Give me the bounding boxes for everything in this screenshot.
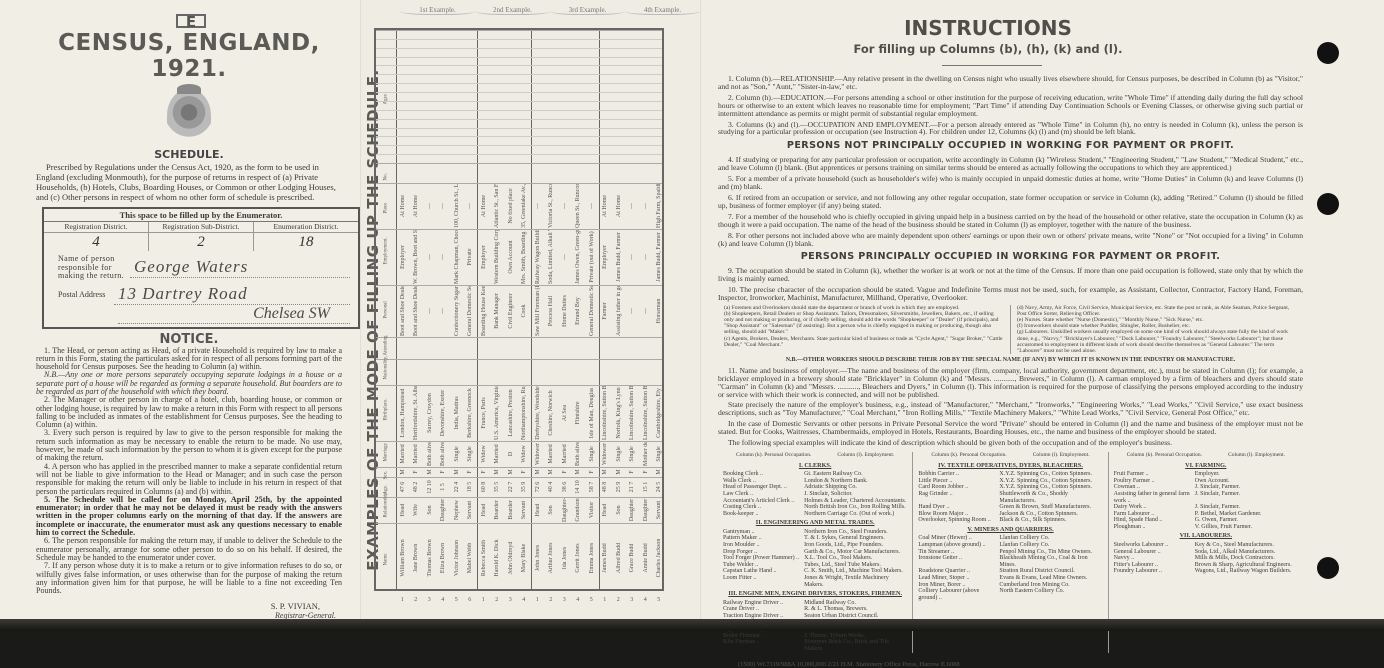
example-cell-marriage: Widow <box>481 442 487 466</box>
example-cell-rel: Son <box>548 498 554 522</box>
row-number: 3 <box>630 597 633 603</box>
section-heading-not-occupied: PERSONS NOT PRINCIPALLY OCCUPIED IN WORK… <box>718 140 1303 151</box>
example-cell-birthplace: Isle of Man, Douglas <box>589 386 595 440</box>
example-cell-place: — <box>629 184 635 228</box>
subnote: (b) Shopkeepers, Retail Dealers or Shop … <box>724 311 1004 335</box>
example-cell-name: Mabel Webb <box>467 524 473 592</box>
column-header: Employment. <box>384 249 389 265</box>
examples-row: Colliery Labourer (above ground) ..North… <box>918 588 1102 601</box>
example-cell-marriage: Both alive <box>440 442 446 466</box>
occupation-cell: Costing Clerk .. <box>723 504 804 511</box>
instructions-body: 1. Column (b).—RELATIONSHIP.—Any relativ… <box>718 75 1384 447</box>
employment-cell: R. & L. Thomas, Brewers. <box>804 606 907 613</box>
example-cell-name: Charles Jackson <box>656 524 662 592</box>
example-cell-birthplace: Derbyshire, Woodside <box>535 386 541 440</box>
census-title: CENSUS, ENGLAND, 1921. <box>36 30 342 82</box>
occupation-cell: Cowman .. <box>1114 484 1195 491</box>
notice-paragraph: 3. Every such person is required by law … <box>36 429 342 462</box>
example-cell-age: 47 6 <box>400 478 406 496</box>
example-cell-marriage: Single <box>629 442 635 466</box>
example-cell-occupation: General Domestic Servant <box>589 286 595 336</box>
example-cell-employment: — <box>427 230 433 284</box>
examples-row: Tin Streamer ..Penpol Mining Co., Tin Mi… <box>918 549 1102 556</box>
age-grid-line <box>376 119 662 120</box>
postal-address-line1: 13 Dartrey Road <box>114 284 350 305</box>
examples-row: Assisting father in general farm work ..… <box>1114 491 1298 504</box>
column-header: Relationship <box>384 502 389 518</box>
example-heading: 3rd Example. <box>550 6 625 15</box>
enumeration-district-value: 18 <box>254 233 358 251</box>
age-grid-line <box>376 110 662 111</box>
example-cell-occupation: General Domestic Servant <box>467 286 473 336</box>
example-cell-place: — <box>643 184 649 228</box>
example-cell-sex: F <box>562 468 568 476</box>
examples-section-title: V. MINERS AND QUARRIERS. <box>918 527 1102 534</box>
example-cell-place: — <box>427 184 433 228</box>
example-cell-place: At Home <box>616 184 622 228</box>
examples-row: Head of Passenger Dept. ..Adriatic Shipp… <box>723 484 907 491</box>
occupation-cell: Tool Forger (Power Hammer) .. <box>723 555 804 562</box>
occupation-cell: Roadstone Quarrier .. <box>918 568 999 575</box>
employment-cell: North British Iron Co., Iron Rolling Mil… <box>804 504 907 511</box>
row-number: 5 <box>590 597 593 603</box>
examples-row: Hand Dyer ..Green & Brown, Stuff Manufac… <box>918 504 1102 511</box>
occupation-cell: Crane Driver .. <box>723 606 804 613</box>
example-separator <box>531 30 532 589</box>
occupation-cell: Steelworks Labourer .. <box>1114 542 1195 549</box>
occupation-cell: Hind, Spade Hand .. <box>1114 517 1195 524</box>
schedule-cover-page: E CENSUS, ENGLAND, 1921. SCHEDULE. Presc… <box>0 0 360 620</box>
examples-row: Farm Labourer ..P. Bethel, Market Garden… <box>1114 511 1298 518</box>
example-cell-employment: Railway Wagon Building <box>535 230 541 284</box>
example-cell-age: 60 8 <box>481 478 487 496</box>
row-number: 6 <box>468 597 471 603</box>
example-cell-name: John Oldroyd <box>508 524 514 592</box>
example-cell-name: Alfred Budd <box>616 524 622 592</box>
notice-paragraph: 5. The Schedule will be called for on Mo… <box>36 496 342 537</box>
example-cell-marriage: Married <box>494 442 500 466</box>
row-number: 2 <box>414 597 417 603</box>
example-cell-occupation: — <box>427 286 433 336</box>
example-cell-birthplace: At Sea <box>562 386 568 440</box>
example-cell-employment: James Budd, Farmer <box>656 230 662 284</box>
example-headings: 1st Example. 2nd Example. 3rd Example. 4… <box>400 6 700 15</box>
employment-cell: Cumberland Iron Mining Co. <box>999 582 1102 589</box>
example-cell-place: — <box>440 184 446 228</box>
example-cell-age: 25 9 <box>616 478 622 496</box>
registration-district-value: 4 <box>44 233 149 251</box>
example-cell-name: Gerrit Jones <box>575 524 581 592</box>
example-cell-occupation: Home Duties <box>562 286 568 336</box>
occupation-cell: Capstan Lathe Hand .. <box>723 568 804 575</box>
example-cell-marriage: Both alive <box>427 442 433 466</box>
example-cell-age: 18 5 <box>467 478 473 496</box>
occupation-cell: Fitter's Labourer .. <box>1114 562 1195 569</box>
example-cell-occupation: Horseman <box>656 286 662 336</box>
examples-table-page: EXAMPLES OF THE MODE OF FILLING UP THE S… <box>362 0 700 620</box>
example-cell-birthplace: Norfolk, King's Lynn <box>616 386 622 440</box>
examples-row: Accountant's Articled Clerk ..Holmes & L… <box>723 498 907 505</box>
examples-row: Fruit Farmer ..Employer. <box>1114 471 1298 478</box>
examples-row: Dairy Work ..J. Sinclair, Farmer. <box>1114 504 1298 511</box>
example-cell-sex: F <box>440 468 446 476</box>
example-cell-name: Harold K. Dick <box>494 524 500 592</box>
row-number: 1 <box>482 597 485 603</box>
example-cell-employment: Soda, Limited, Alkali Works <box>548 230 554 284</box>
notice-paragraph: 1. The Head, or person acting as Head, o… <box>36 347 342 372</box>
occupation-cell: Booking Clerk .. <box>723 471 804 478</box>
age-grid-line <box>376 65 662 66</box>
example-separator <box>396 30 397 589</box>
examples-row: Ploughman ..V. Gillies, Fruit Farmer. <box>1114 524 1298 531</box>
column-header: Attending <box>384 340 389 356</box>
instruction-paragraph: 5. For a member of a private household (… <box>718 175 1303 191</box>
example-cell-birthplace: India, Madras <box>454 386 460 440</box>
example-cell-sex: M <box>427 468 433 476</box>
census-schedule-document: E CENSUS, ENGLAND, 1921. SCHEDULE. Presc… <box>0 0 1384 631</box>
employment-cell: Soda, Ltd., Alkali Manufacturers. <box>1195 549 1298 556</box>
notice-title: NOTICE. <box>36 332 342 347</box>
examples-row: Ironstone Getter ..Blackheath Mining Co.… <box>918 555 1102 568</box>
registration-sub-district-label: Registration Sub-District. <box>149 222 254 232</box>
occupation-cell: Ironstone Getter .. <box>918 555 999 568</box>
example-cell-employment: — <box>629 230 635 284</box>
examples-row: Poultry Farmer ..Own Account. <box>1114 478 1298 485</box>
employment-cell: Iron Goods, Ltd., Pipe Founders. <box>804 542 907 549</box>
occupation-cell: Colliery Labourer (above ground) .. <box>918 588 999 601</box>
example-cell-occupation: Confectionery Sugar Boiler <box>454 286 460 336</box>
example-cell-rel: Head <box>481 498 487 522</box>
instruction-paragraph: 9. The occupation should be stated in Co… <box>718 267 1303 283</box>
schedule-title: SCHEDULE. <box>36 148 342 161</box>
age-grid-line <box>376 136 662 137</box>
example-cell-rel: Nephew <box>454 498 460 522</box>
example-cell-name: Ida Jones <box>562 524 568 592</box>
responsible-person-value: George Waters <box>130 257 350 278</box>
example-cell-age: 48 8 <box>602 478 608 496</box>
employment-cell: X.Y.Z. Spinning Co., Cotton Spinners. <box>999 478 1102 485</box>
punch-hole <box>1317 557 1339 579</box>
employment-cell: J. Sinclair, Farmer. <box>1195 484 1298 491</box>
example-cell-place: At Home <box>602 184 608 228</box>
examples-row: Book-keeper ..Northern Carriage Co. (Out… <box>723 511 907 518</box>
examples-row: Iron Moulder ..Iron Goods, Ltd., Pipe Fo… <box>723 542 907 549</box>
employment-cell: Northern Iron Co., Steel Founders. <box>804 529 907 536</box>
employment-cell: C. K. Smith, Ltd., Machine Tool Makers. <box>804 568 907 575</box>
column-header: Personal <box>384 303 389 319</box>
example-cell-sex: M <box>548 468 554 476</box>
form-letter: E <box>176 14 206 28</box>
age-grid-line <box>376 48 662 49</box>
example-cell-employment: — <box>643 230 649 284</box>
example-cell-age: 21 7 <box>629 478 635 496</box>
instruction-paragraph: 8. For other persons not included above … <box>718 232 1303 248</box>
example-cell-employment: Western Building Corporation <box>494 230 500 284</box>
punch-hole <box>1317 193 1339 215</box>
examples-column-header: Column (k). Personal Occupation.Column (… <box>1114 452 1298 459</box>
examples-column: Column (k). Personal Occupation.Column (… <box>912 452 1107 631</box>
example-cell-occupation: Errand Boy <box>575 286 581 336</box>
occupation-cell: Railway Engine Driver .. <box>723 600 804 607</box>
row-number: 2 <box>549 597 552 603</box>
example-separator <box>477 30 478 589</box>
row-number: 2 <box>617 597 620 603</box>
column-divider <box>376 163 662 164</box>
example-cell-employment: Private (out of Work) <box>589 230 595 284</box>
employment-cell: Key & Co., Steel Manufacturers. <box>1195 542 1298 549</box>
column-divider <box>376 359 662 360</box>
occupation-cell: Accountant's Articled Clerk .. <box>723 498 804 505</box>
examples-section-title: III. ENGINE MEN, ENGINE DRIVERS, STOKERS… <box>723 591 907 598</box>
example-cell-marriage: D <box>508 442 514 466</box>
punch-hole <box>1317 42 1339 64</box>
age-grid-line <box>376 83 662 84</box>
example-cell-sex: M <box>400 468 406 476</box>
examples-row: Blow Room Major ..Jackson & Co., Cotton … <box>918 511 1102 518</box>
example-cell-birthplace: Lancashire, Preston <box>508 386 514 440</box>
example-cell-sex: F <box>413 468 419 476</box>
example-cell-sex: F <box>629 468 635 476</box>
example-cell-employment: W. Brown, Boot and Shoe Dealer <box>413 230 419 284</box>
occupation-cell: Rag Grinder .. <box>918 491 999 504</box>
example-cell-marriage: Both alive <box>575 442 581 466</box>
occupation-cell: Card Room Jobber .. <box>918 484 999 491</box>
example-cell-rel: Head <box>535 498 541 522</box>
employment-cell: Holmes & Leader, Chartered Accountants. <box>804 498 907 505</box>
example-cell-marriage: Married <box>548 442 554 466</box>
row-number: 2 <box>495 597 498 603</box>
examples-row: Railway Engine Driver ..Midland Railway … <box>723 600 907 607</box>
example-cell-rel: Daughter <box>629 498 635 522</box>
example-cell-birthplace: Flintshire <box>575 386 581 440</box>
example-cell-occupation: Saw Mill Foreman (Retired) <box>535 286 541 336</box>
occupation-examples-table: Column (k). Personal Occupation.Column (… <box>718 452 1303 631</box>
examples-row: Lead Miner, Stoper ..Evans & Evans, Lead… <box>918 575 1102 582</box>
example-cell-age: 12 10 <box>427 478 433 496</box>
column-header: Place <box>384 198 389 214</box>
enumerator-box-heading: This space to be filled up by the Enumer… <box>44 209 358 222</box>
example-cell-marriage: Single <box>454 442 460 466</box>
examples-section-title: VI. FARMING. <box>1114 463 1298 470</box>
example-cell-birthplace: France, Paris <box>481 386 487 440</box>
example-cell-name: Jane Brown <box>413 524 419 592</box>
employment-cell: X.Y.Z. Spinning Co., Cotton Spinners. <box>999 484 1102 491</box>
examples-row: Card Room Jobber ..X.Y.Z. Spinning Co., … <box>918 484 1102 491</box>
examples-row: Crane Driver ..R. & L. Thomas, Brewers. <box>723 606 907 613</box>
example-cell-rel: Servant <box>521 498 527 522</box>
example-cell-place: At Home <box>481 184 487 228</box>
examples-row: Capstan Lathe Hand ..C. K. Smith, Ltd., … <box>723 568 907 575</box>
row-number: 1 <box>536 597 539 603</box>
example-cell-sex: F <box>643 468 649 476</box>
occupation-cell: Iron Moulder .. <box>723 542 804 549</box>
example-cell-name: Grace Budd <box>629 524 635 592</box>
subnote: (c) Agents, Brokers, Dealers, Merchants.… <box>724 336 1004 348</box>
example-cell-place: 100, Church St., London, W.2 <box>454 184 460 228</box>
example-cell-rel: Wife <box>413 498 419 522</box>
employment-cell: V. Gillies, Fruit Farmer. <box>1195 524 1298 531</box>
example-cell-place: — <box>467 184 473 228</box>
example-cell-rel: Daughter <box>643 498 649 522</box>
age-grid-line <box>376 92 662 93</box>
royal-coat-of-arms-icon <box>167 90 211 146</box>
postal-address-line2: Chelsea SW <box>118 305 350 324</box>
employment-cell: Northern Carriage Co. (Out of work.) <box>804 511 907 518</box>
column-header: No. <box>384 165 389 181</box>
age-grid-line <box>376 154 662 155</box>
example-cell-rel: Daughter <box>440 498 446 522</box>
example-cell-rel: Servant <box>467 498 473 522</box>
registration-district-label: Registration District. <box>44 222 149 232</box>
example-cell-place: High Farm, Spalding <box>656 184 662 228</box>
examples-row: Bobbin Carrier ..X.Y.Z. Spinning Co., Co… <box>918 471 1102 478</box>
age-grid-line <box>376 57 662 58</box>
age-grid-line <box>376 39 662 40</box>
age-grid-line <box>376 74 662 75</box>
example-cell-marriage: Widow <box>521 442 527 466</box>
examples-row: Fitter's Labourer ..Brown & Sharp, Agric… <box>1114 562 1298 569</box>
examples-section-title: II. ENGINEERING AND METAL TRADES. <box>723 520 907 527</box>
example-cell-birthplace: Cheshire, Norwich <box>548 386 554 440</box>
employment-cell: Employer. <box>1195 471 1298 478</box>
example-cell-employment: Own Account <box>508 230 514 284</box>
employment-cell: Stratton Rural District Council. <box>999 568 1102 575</box>
instruction-paragraph: In the case of Domestic Servants or othe… <box>718 420 1303 436</box>
occupation-cell: General Labourer .. <box>1114 549 1195 556</box>
example-cell-employment: Employer <box>400 230 406 284</box>
example-cell-age: 38 6 <box>562 478 568 496</box>
example-cell-birthplace: Cambridgeshire, Ely <box>656 386 662 440</box>
example-cell-place: At Home <box>413 184 419 228</box>
examples-row: Tool Forger (Power Hammer) ..X.L. Tool C… <box>723 555 907 562</box>
example-cell-name: William Brown <box>400 524 406 592</box>
employment-cell: X.Y.Z. Spinning Co., Cotton Spinners. <box>999 471 1102 478</box>
employment-cell: Jackson & Co., Cotton Spinners. <box>999 511 1102 518</box>
example-cell-age: 58 7 <box>589 478 595 496</box>
example-cell-age: 22 4 <box>454 478 460 496</box>
example-cell-age: 22 7 <box>508 478 514 496</box>
example-cell-rel: Visitor <box>589 498 595 522</box>
employment-cell: Own Account. <box>1195 478 1298 485</box>
example-cell-name: Mary Blake <box>521 524 527 592</box>
occupation-cell: Foundry Labourer .. <box>1114 568 1195 575</box>
example-cell-place: — <box>589 184 595 228</box>
instruction-paragraph: 6. If retired from an occupation or serv… <box>718 194 1303 210</box>
example-cell-name: Rebecca Smith <box>481 524 487 592</box>
notice-section: 1. The Head, or person acting as Head, o… <box>36 347 342 596</box>
example-cell-birthplace: U.S. America, Virginia <box>494 386 500 440</box>
occupation-cell: Bobbin Carrier .. <box>918 471 999 478</box>
occupation-cell: Overlooker, Spinning Room .. <box>918 517 999 524</box>
occupation-cell: Poultry Farmer .. <box>1114 478 1195 485</box>
example-heading: 2nd Example. <box>475 6 550 15</box>
example-cell-employment: Employer <box>602 230 608 284</box>
subnote: (g) Labourers. Unskilled workers usually… <box>1017 329 1297 353</box>
column-divider <box>376 30 662 31</box>
examples-row: Costing Clerk ..North British Iron Co., … <box>723 504 907 511</box>
example-cell-sex: F <box>589 468 595 476</box>
occupation-cell: Little Piecer .. <box>918 478 999 485</box>
example-cell-occupation: — <box>440 286 446 336</box>
example-cell-sex: F <box>521 468 527 476</box>
example-cell-marriage: Single <box>467 442 473 466</box>
employment-cell: Tubes, Ltd., Steel Tube Makers. <box>804 562 907 569</box>
enumeration-district-label: Enumeration District. <box>254 222 358 232</box>
age-grid-line <box>376 101 662 102</box>
employment-cell: J. Sinclair, Solicitor. <box>804 491 907 498</box>
occupation-cell: Fruit Farmer .. <box>1114 471 1195 478</box>
example-cell-name: John Jones <box>535 524 541 592</box>
divider <box>942 65 1042 66</box>
column-header: Nationality, <box>384 364 389 380</box>
row-number: 5 <box>455 597 458 603</box>
instruction-paragraph: 7. For a member of the household who is … <box>718 213 1303 229</box>
section-heading-occupied: PERSONS PRINCIPALLY OCCUPIED IN WORKING … <box>718 251 1303 262</box>
example-cell-age: 72 6 <box>535 478 541 496</box>
example-cell-rel: Servant <box>656 498 662 522</box>
employment-cell: London & Northern Bank. <box>804 478 907 485</box>
examples-row: Pattern Maker ..T. & I. Sykes, General E… <box>723 535 907 542</box>
example-cell-marriage: Single <box>589 442 595 466</box>
example-cell-age: 15 1 <box>643 478 649 496</box>
example-cell-employment: Private <box>467 230 473 284</box>
example-cell-place: Queen St., Runcorn <box>575 184 581 228</box>
example-cell-place: 35, Greenlake Av., Southport <box>521 184 527 228</box>
example-cell-name: Eliza Brown <box>440 524 446 592</box>
occupation-cell: Head of Passenger Dept. .. <box>723 484 804 491</box>
example-cell-name: Victor Johnson <box>454 524 460 592</box>
examples-column: Column (k). Personal Occupation.Column (… <box>718 452 912 631</box>
postal-address-label: Postal Address <box>58 290 114 299</box>
examples-row: Gantryman ..Northern Iron Co., Steel Fou… <box>723 529 907 536</box>
example-cell-rel: Daughter-in-law <box>562 498 568 522</box>
example-cell-birthplace: Lincolnshire, Sutton Bridge <box>602 386 608 440</box>
occupation-cell: Ploughman .. <box>1114 524 1195 531</box>
employment-cell: Shuttleworth & Co., Shoddy Manufacturers… <box>999 491 1102 504</box>
example-cell-rel: Son <box>427 498 433 522</box>
example-cell-marriage: Single <box>656 442 662 466</box>
example-cell-rel: Boarder <box>494 498 500 522</box>
example-cell-employment: Mrs. Smith, Boarding House Keeper <box>521 230 527 284</box>
example-cell-employment: Mark Chapman, Chocolate Manufacturer <box>454 230 460 284</box>
example-cell-rel: Grandson <box>575 498 581 522</box>
example-cell-age: 35 5 <box>494 478 500 496</box>
example-cell-occupation: Cook <box>521 286 527 336</box>
employment-cell: Wagons, Ltd., Railway Wagon Builders. <box>1195 568 1298 575</box>
example-cell-birthplace: London, Hampstead <box>400 386 406 440</box>
age-grid-line <box>376 128 662 129</box>
example-cell-employment: Employer <box>481 230 487 284</box>
occupation-cell: Pattern Maker .. <box>723 535 804 542</box>
instruction-paragraph: The following special examples will indi… <box>718 439 1303 447</box>
column-header: Birthplace. <box>384 405 389 421</box>
instructions-title: INSTRUCTIONS <box>718 16 1258 40</box>
examples-row: Booking Clerk ..Gt. Eastern Railway Co. <box>723 471 907 478</box>
instruction-paragraph: 3. Columns (k) and (l).—OCCUPATION AND E… <box>718 121 1303 137</box>
example-cell-age: 35 9 <box>521 478 527 496</box>
occupation-cell: Loom Fitter .. <box>723 575 804 588</box>
responsible-person-label: Name of person responsible for making th… <box>58 255 130 281</box>
employment-cell: North Eastern Colliery Co. <box>999 588 1102 601</box>
column-header: Age. <box>384 479 389 495</box>
example-cell-age: 14 10 <box>575 478 581 496</box>
example-cell-place: — <box>562 184 568 228</box>
example-cell-sex: F <box>481 468 487 476</box>
examples-row: Overlooker, Spinning Room ..Black & Co.,… <box>918 517 1102 524</box>
examples-section-title: VII. LABOURERS. <box>1114 533 1298 540</box>
example-cell-employment: James Owen, Green-grocer <box>575 230 581 284</box>
examples-column-header: Column (k). Personal Occupation.Column (… <box>723 452 907 459</box>
